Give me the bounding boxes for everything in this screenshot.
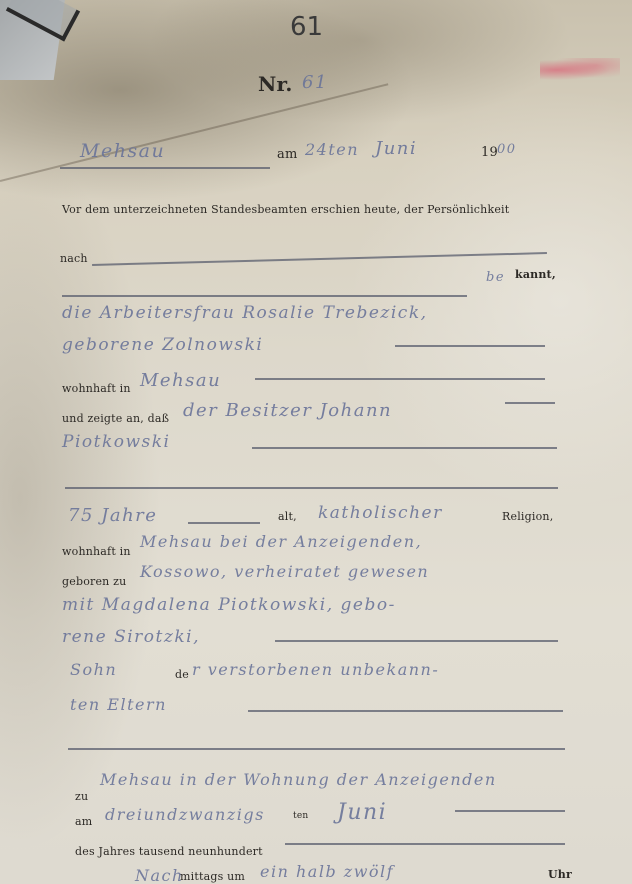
record-number-value: 61 [302,72,328,93]
parents-status: r verstorbenen unbekann- [192,660,439,679]
deceased-religion: katholischer [318,503,443,523]
blank-line-2 [68,748,565,750]
death-year-line [285,843,565,845]
nach-line [92,252,547,265]
intro-text: Vor dem unterzeichneten Standesbeamten e… [62,203,509,216]
residence-label: wohnhaft in [62,382,131,395]
death-month-line [455,810,565,812]
bekannt-line [62,295,467,297]
death-time: ein halb zwölf [260,862,394,881]
announced-line [505,402,555,404]
am-label: am [277,147,297,162]
informant-name: die Arbeitersfrau Rosalie Trebezick, [62,303,428,323]
deceased-age: 75 Jahre [68,505,157,526]
uhr-label: Uhr [548,868,572,881]
record-place: Mehsau [80,140,165,162]
deceased-occupation-name: der Besitzer Johann [183,400,392,421]
record-month: Juni [375,138,417,159]
record-day: 24ten [305,140,359,159]
deceased-birthplace-marital: Kossowo, verheiratet gewesen [140,562,429,581]
death-day: dreiundzwanzigs [105,805,265,824]
surname-line [252,447,557,449]
death-time-label: mittags um [180,870,245,883]
age-line [188,522,260,524]
death-place: Mehsau in der Wohnung der Anzeigenden [100,770,497,789]
bekannt-suffix: kannt, [515,268,556,281]
spouse-name: mit Magdalena Piotkowski, gebo- [62,595,396,615]
record-year-printed: 19 [481,145,498,160]
death-month: Juni [337,800,387,825]
death-place-label: zu [75,790,88,803]
death-day-suffix: ten [293,811,308,821]
residence-line [255,378,545,380]
age-label: alt, [278,510,297,523]
informant-maiden-name: geborene Zolnowski [62,335,263,355]
spouse-line [275,640,558,642]
bekannt-prefix: be [486,270,505,285]
deceased-residence: Mehsau bei der Anzeigenden, [140,532,422,551]
record-number-label: Nr. [258,72,293,96]
son-label: Sohn [70,660,117,679]
deceased-residence-label: wohnhaft in [62,545,131,558]
parents-status-cont: ten Eltern [70,695,167,714]
red-ink-mark [540,58,620,82]
place-underline [60,167,270,169]
nach-label: nach [60,252,88,265]
informant-residence: Mehsau [140,370,221,391]
parents-de-label: de [175,668,189,681]
blank-line [65,487,558,489]
record-year-hand: 00 [497,142,517,157]
pencil-page-number: 61 [290,12,323,42]
death-year-label: des Jahres tausend neunhundert [75,845,263,858]
parents-line [248,710,563,712]
maiden-name-line [395,345,545,347]
birthplace-label: geboren zu [62,575,126,588]
religion-label: Religion, [502,510,553,523]
spouse-maiden-name: rene Sirotzki, [62,627,200,647]
deceased-surname: Piotkowski [62,432,171,452]
death-date-label: am [75,815,92,828]
document-page: 61 Nr. 61 Mehsau am 24ten Juni 19 00 Vor… [0,0,632,884]
death-time-prefix: Nach [135,866,184,884]
announced-label: und zeigte an, daß [62,412,169,425]
